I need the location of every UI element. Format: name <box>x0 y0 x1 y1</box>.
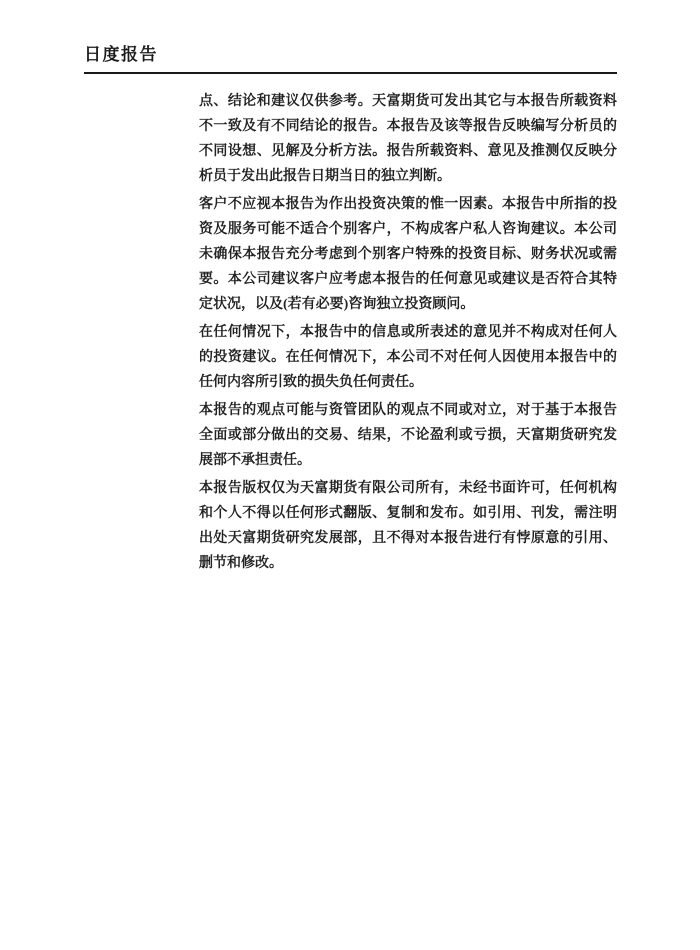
report-page: 日度报告 点、结论和建议仅供参考。天富期货可发出其它与本报告所载资料不一致及有不… <box>0 0 700 950</box>
disclaimer-paragraph: 点、结论和建议仅供参考。天富期货可发出其它与本报告所载资料不一致及有不同结论的报… <box>199 89 617 189</box>
page-title: 日度报告 <box>84 44 158 66</box>
disclaimer-paragraph: 本报告版权仅为天富期货有限公司所有，未经书面许可，任何机构和个人不得以任何形式翻… <box>199 476 617 576</box>
disclaimer-paragraph: 客户不应视本报告为作出投资决策的惟一因素。本报告中所指的投资及服务可能不适合个别… <box>199 192 617 317</box>
disclaimer-body: 点、结论和建议仅供参考。天富期货可发出其它与本报告所载资料不一致及有不同结论的报… <box>199 89 617 579</box>
header-divider <box>84 72 617 74</box>
disclaimer-paragraph: 在任何情况下，本报告中的信息或所表述的意见并不构成对任何人的投资建议。在任何情况… <box>199 320 617 395</box>
disclaimer-paragraph: 本报告的观点可能与资管团队的观点不同或对立，对于基于本报告全面或部分做出的交易、… <box>199 398 617 473</box>
